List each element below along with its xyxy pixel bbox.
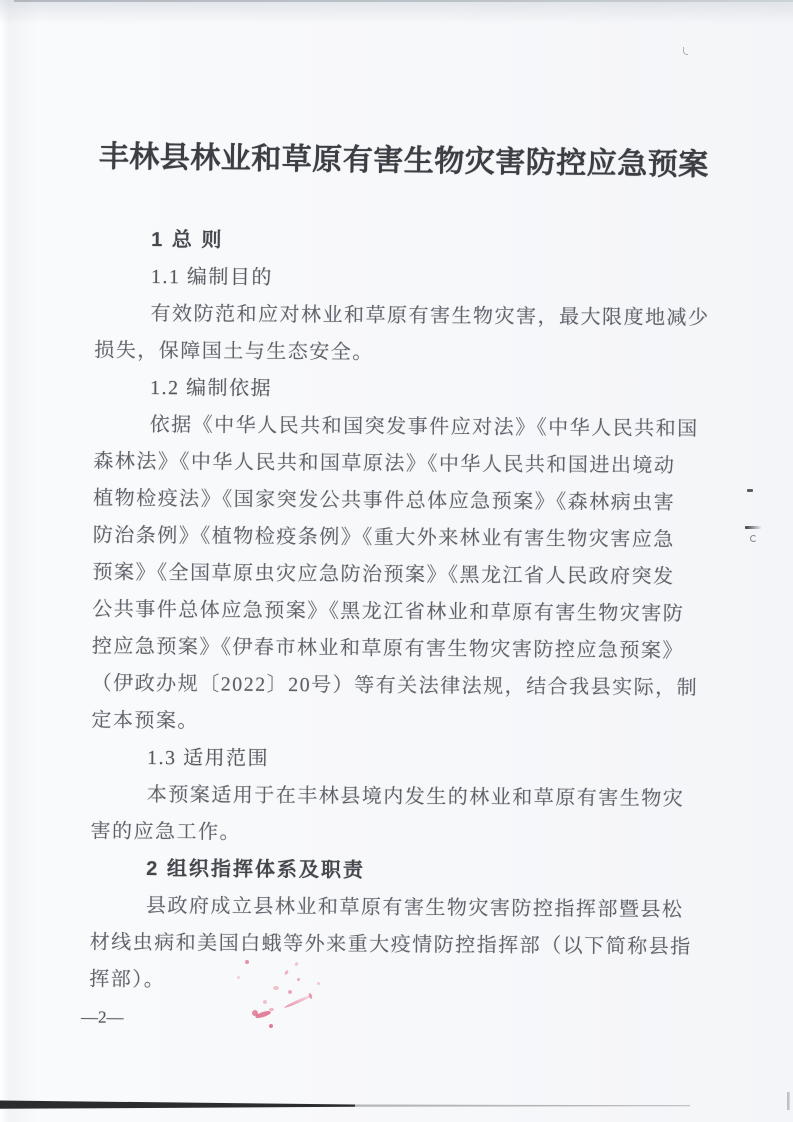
paragraph-purpose: 有效防范和应对林业和草原有害生物灾害，最大限度地减少 损失，保障国土与生态安全。 bbox=[94, 296, 711, 375]
scan-speck-icon bbox=[745, 526, 762, 529]
scan-speck-icon bbox=[750, 535, 757, 542]
section-heading-1: 1 总 则 bbox=[95, 222, 711, 264]
subsection-heading-1-3: 1.3 适用范围 bbox=[91, 740, 707, 782]
page-top-edge-shadow bbox=[14, 0, 793, 2]
scan-speck-icon bbox=[683, 47, 688, 55]
document-title: 丰林县林业和草原有害生物灾害防控应急预案 bbox=[95, 133, 712, 190]
subsection-heading-1-2: 1.2 编制依据 bbox=[94, 370, 710, 412]
document-page: 丰林县林业和草原有害生物灾害防控应急预案 1 总 则 1.1 编制目的 有效防范… bbox=[89, 134, 712, 1041]
scan-speck-icon bbox=[747, 489, 753, 492]
subsection-heading-1-1: 1.1 编制目的 bbox=[95, 259, 711, 301]
paragraph-scope: 本预案适用于在丰林县境内发生的林业和草原有害生物灾 害的应急工作。 bbox=[90, 777, 707, 856]
paragraph-command-system: 县政府成立县林业和草原有害生物灾害防控指挥部暨县松 材线虫病和美国白蛾等外来重大… bbox=[89, 888, 706, 1004]
page-number: —2— bbox=[81, 998, 705, 1040]
paragraph-legal-basis: 依据《中华人民共和国突发事件应对法》《中华人民共和国 森林法》《中华人民共和国草… bbox=[91, 407, 710, 745]
section-heading-2: 2 组织指挥体系及职责 bbox=[90, 851, 706, 893]
